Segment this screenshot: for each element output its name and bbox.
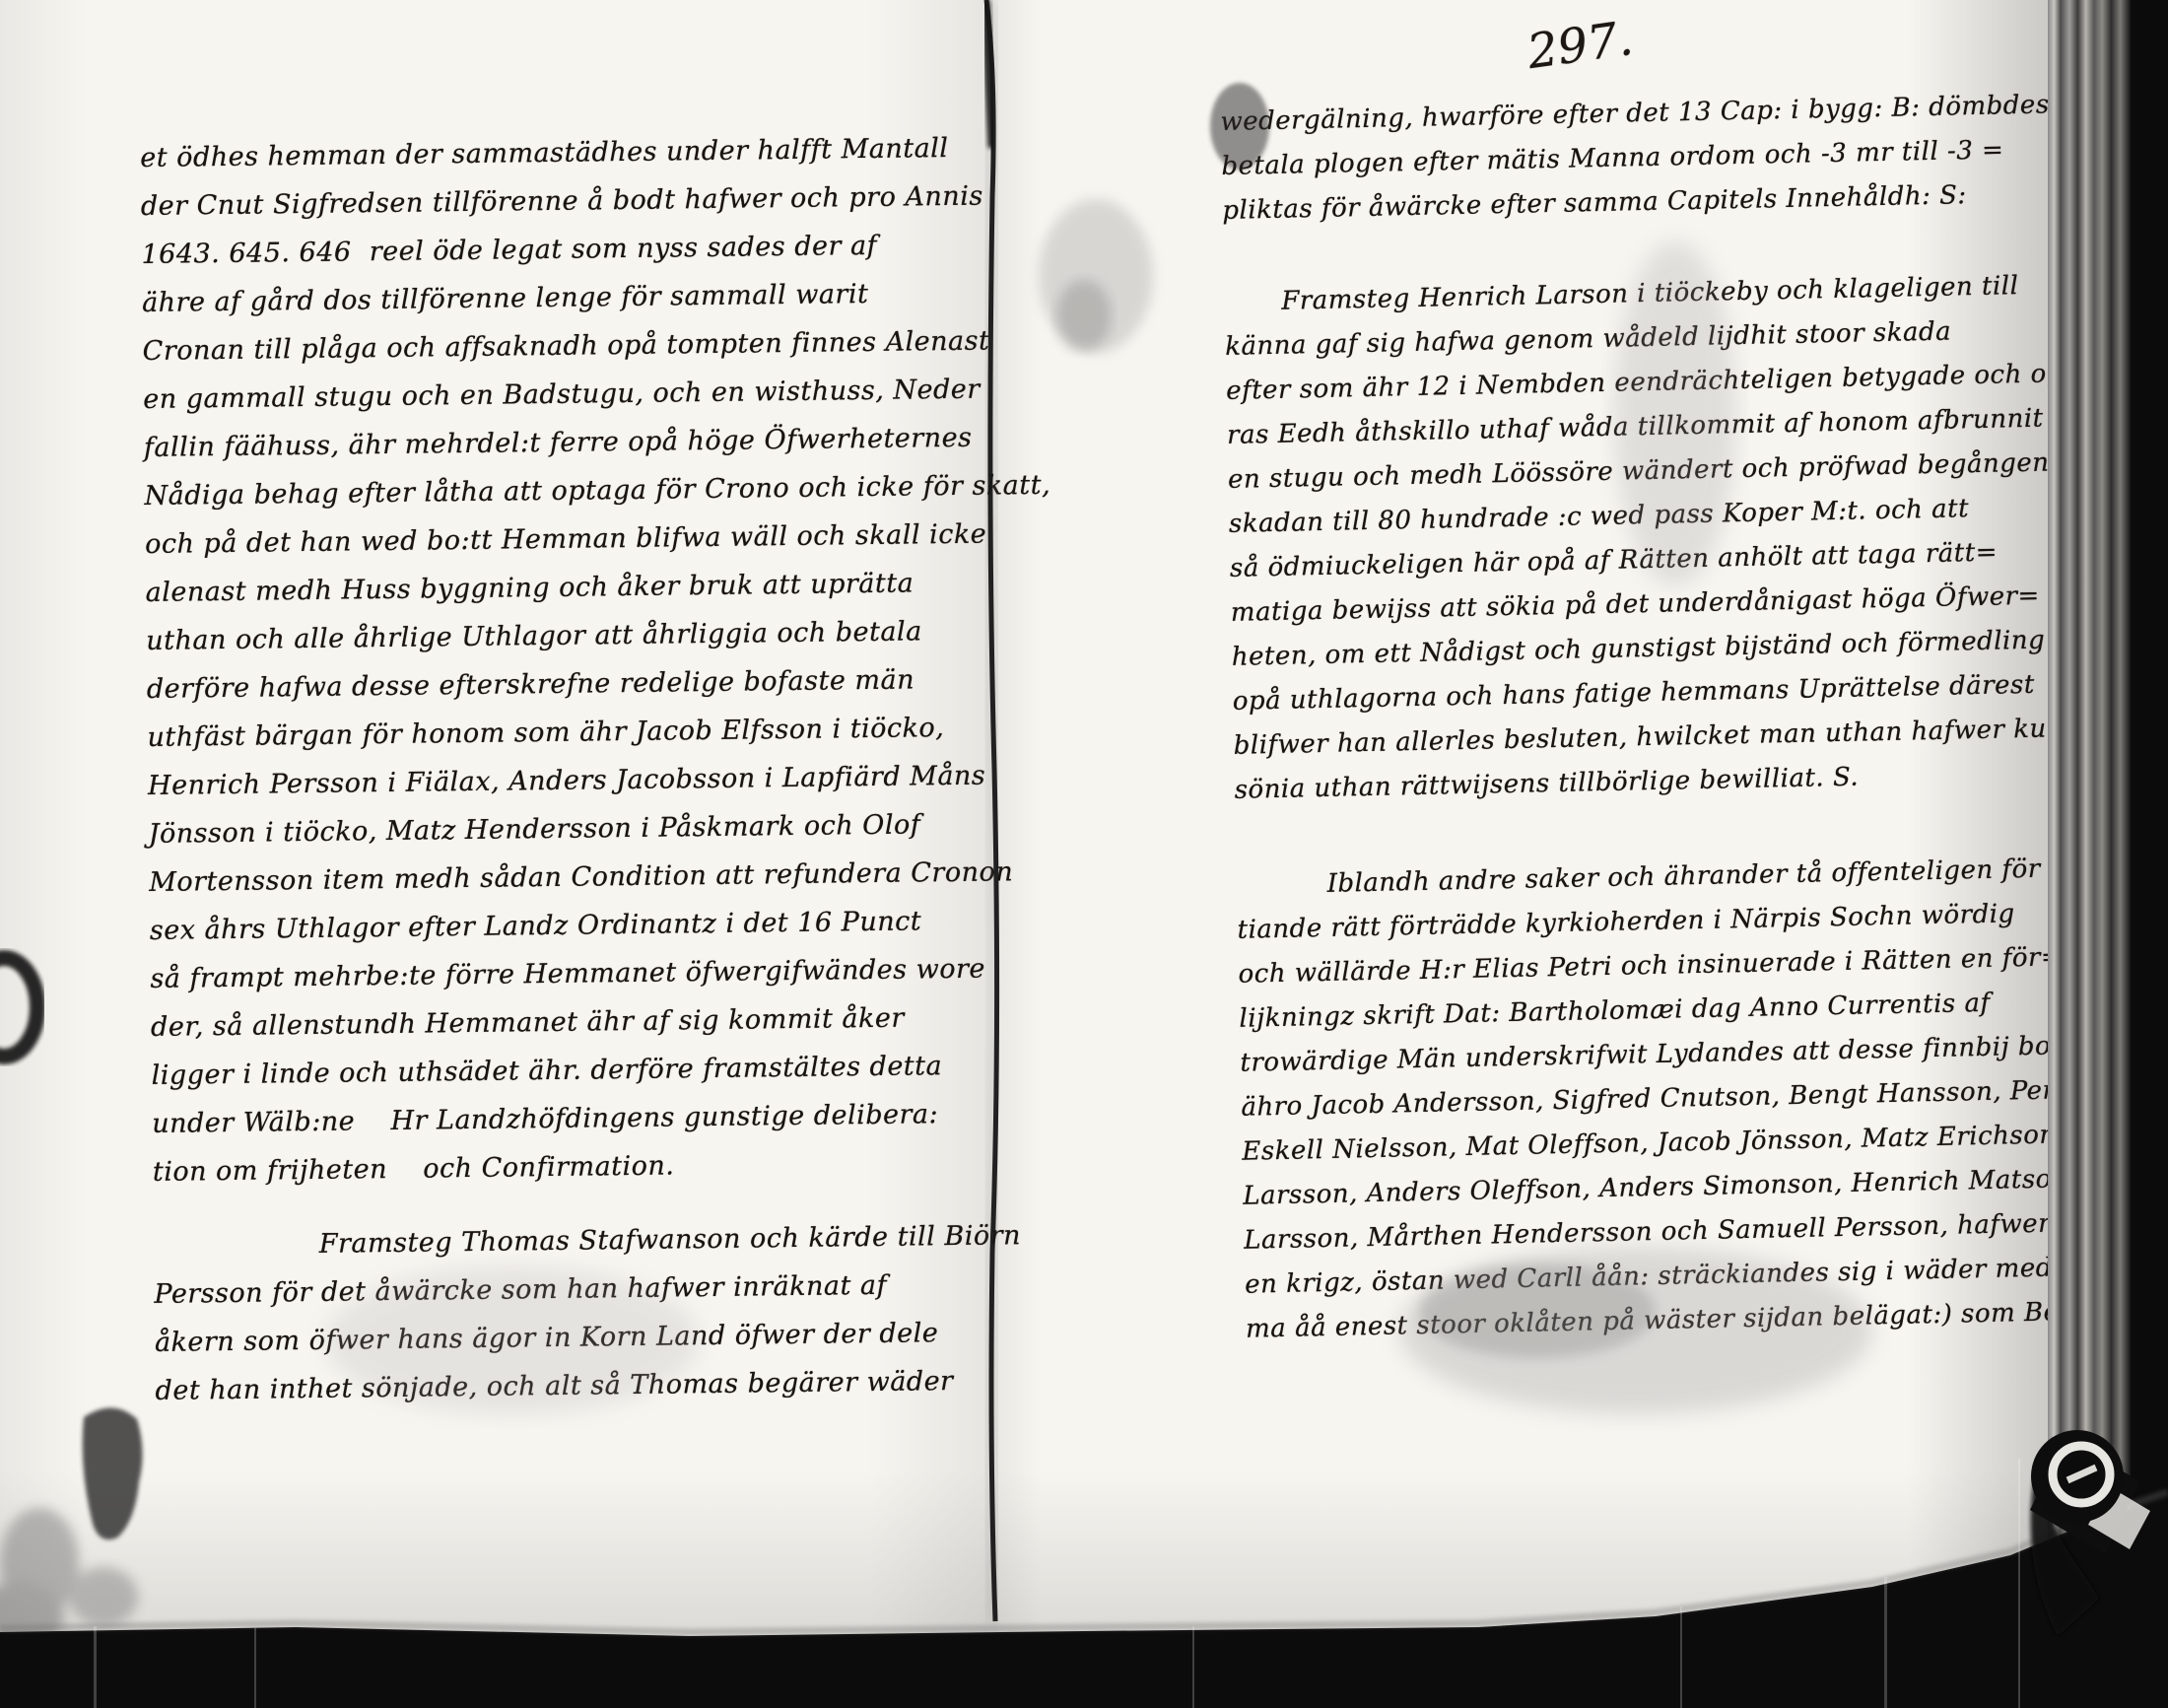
manuscript-line: tion om frijheten och Confirmation.: [153, 1137, 1023, 1196]
corner-smudge: [0, 1508, 138, 1651]
clasp-screw-ring: [2053, 1446, 2110, 1503]
left-paragraph-1: et ödhes hemman der sammastädhes under h…: [140, 123, 1022, 1196]
manuscript-line: det han inthet sönjade, och alt så Thoma…: [155, 1356, 1025, 1415]
page-number: 297.: [1524, 11, 1637, 80]
clasp-screw-center: [2063, 1456, 2100, 1493]
binding-clasp: [2030, 1430, 2150, 1636]
manuscript-scan: 297. et ödhes hemman der sammastädhes un…: [0, 0, 2168, 1708]
stain-gutter-top: [1039, 199, 1153, 353]
right-paragraph-3: Iblandh andre saker och ährander tå offe…: [1236, 847, 2081, 1352]
bottom-black-band: [0, 1496, 2168, 1708]
clasp-screw-slot: [2067, 1468, 2096, 1480]
clasp-shadow-tail: [2031, 1467, 2099, 1636]
left-page: et ödhes hemman der sammastädhes under h…: [140, 123, 1025, 1415]
clasp-strap-highlight: [2088, 1486, 2150, 1549]
right-paragraph-1: wedergälning, hwarföre efter det 13 Cap:…: [1220, 83, 2059, 234]
clasp-screw-outer: [2031, 1430, 2124, 1523]
right-paragraph-2: Framsteg Henrich Larson i tiöckeby och k…: [1224, 263, 2070, 813]
clasp-strap: [2030, 1439, 2140, 1554]
stain-gutter-top-core: [1056, 280, 1112, 351]
left-paragraph-2: Framsteg Thomas Stafwanson och kärde til…: [153, 1211, 1024, 1415]
footprint-ink-smudge: [83, 1407, 143, 1539]
bottom-band-fringe: [0, 1492, 2168, 1632]
right-page: wedergälning, hwarföre efter det 13 Cap:…: [1220, 83, 2081, 1351]
ink-ring-blot: [0, 958, 37, 1057]
film-streaks: [94, 1459, 2020, 1708]
